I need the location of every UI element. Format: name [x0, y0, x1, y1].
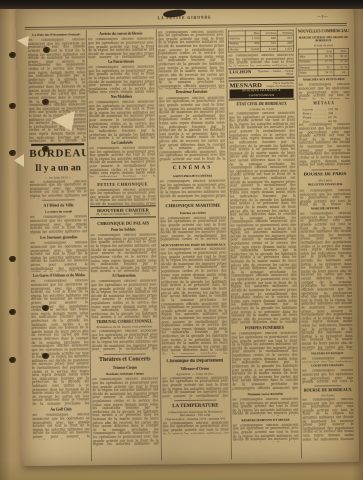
headline-trianon: Trianon-Cirque: [92, 366, 158, 371]
headline-marche-officiel: MARCHÉ OFFICIEL: [300, 207, 351, 211]
headline-hotel-de-ville: A l'Hôtel de Ville: [30, 203, 87, 209]
scan-edge-strip: [0, 0, 363, 9]
body-text: les communiqués officiels annoncent que …: [162, 376, 228, 399]
punch-hole: [9, 309, 16, 315]
body-text: les communiqués officiels annoncent que …: [302, 398, 354, 441]
body-text: les communiqués officiels annoncent que …: [30, 242, 87, 273]
section-rule: [171, 162, 213, 164]
punch-hole: [42, 353, 49, 359]
section-rule: [104, 353, 146, 355]
punch-hole: [43, 47, 50, 53]
section-rule: [42, 200, 75, 201]
ad-mesnard-strip: SOULIERS FRANÇAIS & CAOUTCHOUCS: [230, 89, 294, 98]
section-rule: [314, 385, 341, 386]
obituary-name: Madame veuve ROGER: [232, 392, 298, 397]
body-text: les communiqués officiels annoncent que …: [88, 38, 154, 59]
body-text: les communiqués officiels annoncent que …: [160, 248, 227, 355]
body-text: les communiqués officiels annoncent que …: [32, 414, 89, 441]
punch-hole: [42, 146, 49, 152]
headline-pour-les-soldats: Pour les Soldats: [90, 228, 156, 233]
body-text: les communiqués officiels annoncent que …: [91, 280, 157, 319]
table-cell: 24 ..: [334, 70, 349, 76]
headline-artistic-cinema: Bordeaux-Artistique-Cinéma: [92, 372, 158, 376]
body-text: les communiqués officiels annoncent que …: [160, 180, 226, 199]
headline-emission: Deuxième Émission: [159, 90, 225, 95]
headline-journaux: Les Journaux girondins: [30, 235, 87, 240]
headline-il-y-a-un-an: Il y a un an: [29, 163, 86, 175]
punch-hole: [9, 103, 16, 109]
headline-entrees-riviere: Entrées en rivière: [160, 210, 226, 215]
headline-saint-projet: SAINT-PROJET-CINÉMA: [160, 174, 226, 179]
headline-gares: Les Gares d'Orléans et du Médoc: [31, 273, 88, 278]
table-cell: 3.120: [261, 46, 278, 52]
ad-mesnard: MESNARD Place Gambetta (angle rue Dauphi…: [228, 79, 294, 100]
headline-chronique-palais: CHRONIQUE DU PALAIS: [90, 220, 156, 226]
table-cell: 24 25: [318, 70, 333, 76]
headline-cours-changes: COURS DES CHANGES: [302, 364, 353, 368]
headline-convoi: Arrivée du convoi de blessés: [88, 32, 154, 37]
table-cell: 14.600: [245, 47, 260, 53]
section-rule: [102, 178, 144, 180]
body-text: les communiqués officiels annoncent que …: [89, 100, 155, 139]
headline-mobilises: Nos Mobilisés: [89, 94, 155, 99]
headline-chronique-maritime: CHRONIQUE MARITIME: [160, 203, 226, 209]
body-text: les communiqués officiels annoncent que …: [90, 188, 156, 205]
punch-hole: [42, 305, 49, 311]
subhead-cours-du-jour: (Cours du jour): [298, 44, 349, 48]
section-rule: [174, 400, 216, 402]
table-cell: 1.870: [277, 46, 293, 52]
punch-hole: [42, 99, 49, 105]
ad-mesnard-address2: (angle rue Dauphine): [266, 85, 293, 88]
punch-hole: [9, 150, 16, 156]
column-2: Arrivée du convoi de blessés les communi…: [88, 30, 159, 461]
body-text: les communiqués officiels annoncent que …: [299, 123, 351, 168]
section-rule: [311, 169, 338, 170]
headline-chronique-departement: Chronique du Département: [162, 359, 228, 366]
column-3: les communiqués officiels annoncent que …: [158, 30, 229, 461]
section-rule: [174, 356, 216, 358]
body-text: les communiqués officiels annoncent que …: [229, 112, 298, 325]
ad-luchon: LUCHON Thermes — Casino — Grand Hôtel: [228, 67, 294, 78]
ad-luchon-info: Thermes — Casino — Grand Hôtel: [251, 69, 293, 76]
body-text: les communiqués officiels annoncent que …: [92, 378, 159, 447]
headline-pompes-funebres: POMPES FUNÈBRES: [231, 325, 297, 331]
headline-cinemas: CINÉMAS: [159, 165, 225, 172]
table-row: Maïs 24 25 24 ..: [299, 70, 349, 76]
body-text: les communiqués officiels annoncent que …: [30, 180, 87, 199]
ad-chartier: BIJOUTERIE CHARTIER 25, Cours de l'Inten…: [90, 205, 156, 218]
body-text: les communiqués officiels annoncent que …: [300, 212, 353, 351]
headline-petite-chronique: PETITE CHRONIQUE: [90, 181, 156, 187]
headline-patrie: La Patrie blessée: [88, 59, 154, 64]
headline-prisonniers: La Paix des Prisonniers français: [28, 32, 85, 37]
punch-hole: [9, 52, 16, 58]
table-cell: Maïs: [299, 70, 319, 76]
body-text: les communiqués officiels annoncent que …: [158, 30, 225, 89]
headline-mouvement-port: MOUVEMENT DU PORT DE BORDEAUX: [160, 242, 226, 247]
headline-metaux: MÉTAUX: [299, 101, 350, 106]
ad-mesnard-name: MESNARD: [229, 82, 261, 89]
body-text: les communiqués officiels annoncent que …: [233, 423, 299, 442]
headline-bourse-bordeaux: BOURSE DE BORDEAUX: [302, 388, 353, 394]
body-text: les communiqués officiels annoncent que …: [89, 146, 155, 177]
body-text: les communiqués officiels annoncent que …: [302, 357, 353, 363]
prices-table: Jour Préc. Blés 38 50 38 25 Avoines 27 7…: [298, 48, 349, 76]
headline-valeurs-banque: VALEURS EN BANQUE: [302, 352, 353, 356]
body-text: les communiqués officiels annoncent que …: [228, 54, 294, 67]
body-text: les communiqués officiels annoncent que …: [232, 398, 298, 417]
body-text: les communiqués officiels annoncent que …: [231, 332, 298, 391]
statistics-table: Blés Avoines Farines Entrées 1.250 640 3…: [228, 30, 294, 53]
headline-bourse-paris: BOURSE DE PARIS: [300, 172, 351, 178]
body-text: les communiqués officiels annoncent que …: [159, 96, 226, 161]
headline-bordeaux: BORDEAUX: [29, 148, 86, 162]
thick-rule: [31, 144, 84, 147]
subhead-seance: La séance du conseil: [30, 210, 87, 214]
body-text: les communiqués officiels annoncent que …: [30, 216, 87, 235]
newspaper-page: LA PETITE GIRONDE — 3 — La Paix des Pris…: [15, 3, 359, 466]
body-text: les communiqués officiels annoncent que …: [28, 38, 86, 142]
headline-petits-prix: MARCHÉS AUX PETITS PRIX: [298, 78, 349, 82]
headline-instruction: A l'Instruction: [91, 273, 157, 278]
body-text: les communiqués officiels annoncent que …: [90, 234, 156, 273]
column-4: Blés Avoines Farines Entrées 1.250 640 3…: [228, 29, 299, 460]
body-text: les communiqués officiels annoncent que …: [88, 66, 154, 94]
headline-bulletin-financier: BULLETIN FINANCIER: [300, 183, 351, 187]
headline-theatres-concerts: Théâtres et Concerts: [92, 356, 158, 364]
headline-cambriole: La Cambriole: [89, 140, 155, 145]
column-5: NOUVELLES COMMERCIALES MARCHÉ GÉNÉRAL DE…: [298, 28, 354, 459]
body-text: les communiqués officiels annoncent que …: [302, 369, 353, 384]
headline-marche-grains: MARCHÉ GÉNÉRAL DES GRAINS DE BORDEAUX: [298, 36, 349, 43]
column-1: La Paix des Prisonniers français les com…: [28, 31, 90, 462]
masthead-folio: LA PETITE GIRONDE: [16, 15, 354, 23]
scanned-newspaper-photo: { "colors":{"mat":"#ae9468","paper":"#cd…: [0, 0, 363, 480]
page-number: — 3 —: [317, 15, 327, 19]
headline-club: Au Golf Club: [32, 407, 89, 412]
ad-chartier-address: 25, Cours de l'Intendance — BORDEAUX: [91, 212, 155, 216]
headline-remerciements: REMERCIEMENTS ET MESSE: [233, 417, 299, 422]
body-text: les communiqués officiels annoncent que …: [31, 280, 90, 407]
table-cell: Stocks: [228, 47, 245, 53]
body-text: les communiqués officiels annoncent que …: [300, 189, 351, 206]
body-text: les communiqués officiels annoncent que …: [91, 329, 157, 352]
section-rule: [172, 199, 214, 201]
body-text: les communiqués officiels annoncent que …: [160, 216, 226, 241]
punch-hole: [9, 256, 16, 262]
ad-luchon-name: LUCHON: [229, 70, 251, 75]
body-text: les communiqués officiels annoncent que …: [163, 421, 229, 434]
table-row: Stocks 14.600 3.120 1.870: [228, 46, 293, 52]
body-text: les communiqués officiels annoncent que …: [298, 83, 349, 100]
punch-hole: [9, 357, 16, 363]
headline-nouvelles-commerciales: NOUVELLES COMMERCIALES: [298, 29, 349, 34]
